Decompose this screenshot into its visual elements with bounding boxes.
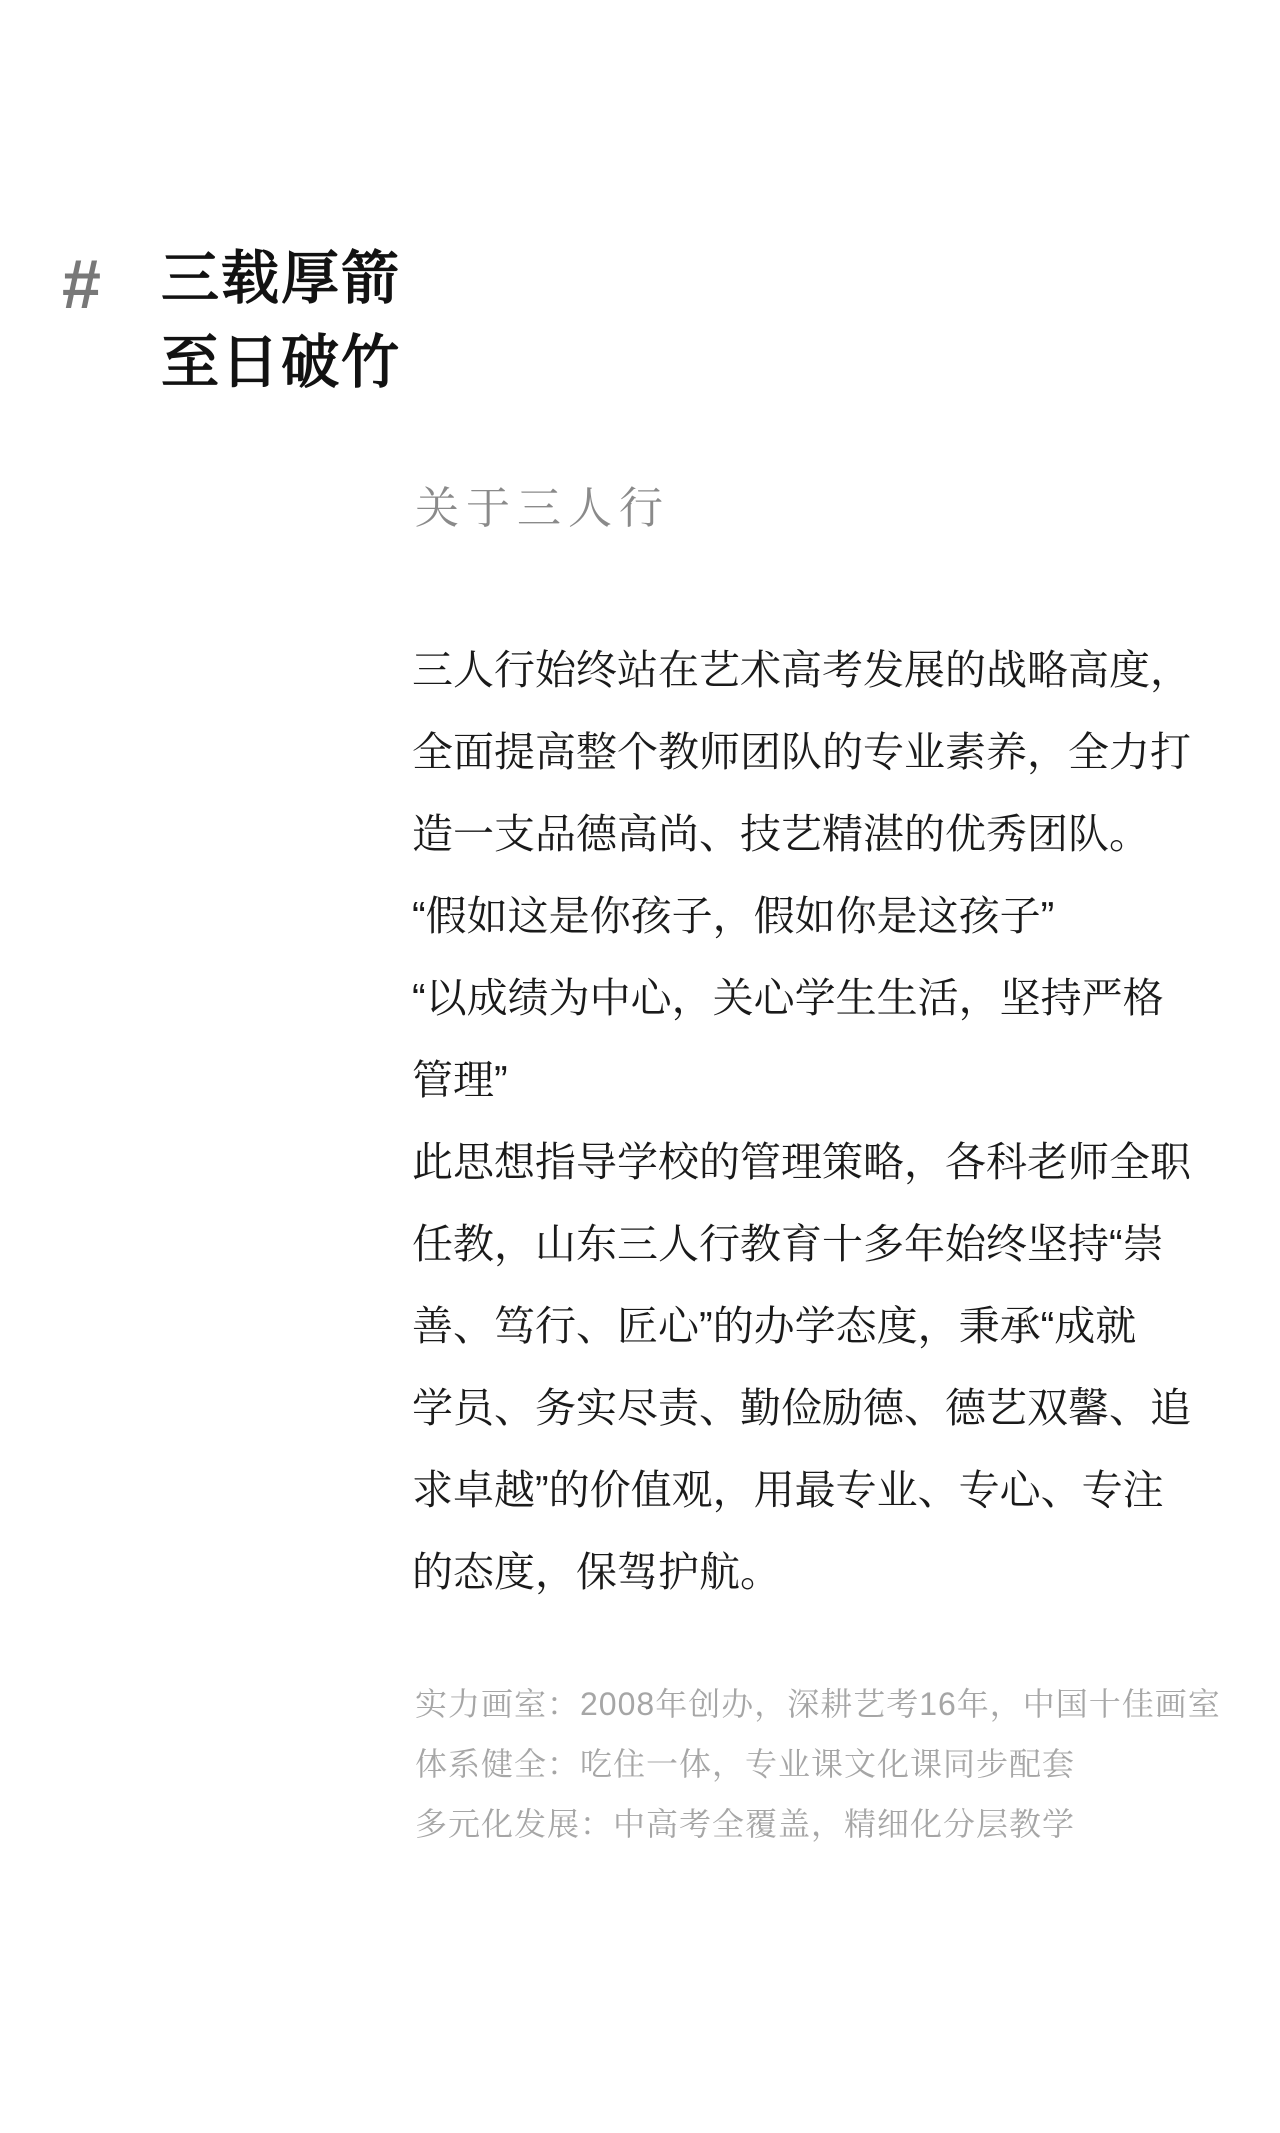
highlight-line: 实力画室：2008年创办，深耕艺考16年，中国十佳画室 [415,1674,1221,1734]
page-title-line-2: 至日破竹 [161,321,401,405]
paragraph-line: “假如这是你孩子，假如你是这孩子” [412,875,1232,957]
highlight-line: 体系健全：吃住一体，专业课文化课同步配套 [415,1734,1221,1794]
paragraph-line: 造一支品德高尚、技艺精湛的优秀团队。 [412,793,1232,875]
paragraph-line: 善、笃行、匠心”的办学态度，秉承“成就 [412,1285,1232,1367]
paragraph-line: “以成绩为中心，关心学生生活，坚持严格 [412,957,1232,1039]
highlight-list: 实力画室：2008年创办，深耕艺考16年，中国十佳画室 体系健全：吃住一体，专业… [415,1674,1221,1854]
paragraph-line: 学员、务实尽责、勤俭励德、德艺双馨、追 [412,1367,1232,1449]
about-paragraph: 三人行始终站在艺术高考发展的战略高度， 全面提高整个教师团队的专业素养，全力打 … [412,629,1232,1613]
page-title: 三载厚箭 至日破竹 [161,237,401,405]
paragraph-line: 任教，山东三人行教育十多年始终坚持“崇 [412,1203,1232,1285]
paragraph-line: 此思想指导学校的管理策略，各科老师全职 [412,1121,1232,1203]
about-page: # 三载厚箭 至日破竹 关于三人行 三人行始终站在艺术高考发展的战略高度， 全面… [0,0,1280,2133]
highlight-line: 多元化发展：中高考全覆盖，精细化分层教学 [415,1794,1221,1854]
hash-icon: # [62,244,101,324]
paragraph-line: 全面提高整个教师团队的专业素养，全力打 [412,711,1232,793]
paragraph-line: 的态度，保驾护航。 [412,1531,1232,1613]
paragraph-line: 管理” [412,1039,1232,1121]
page-title-line-1: 三载厚箭 [161,237,401,321]
paragraph-line: 三人行始终站在艺术高考发展的战略高度， [412,629,1232,711]
paragraph-line: 求卓越”的价值观，用最专业、专心、专注 [412,1449,1232,1531]
section-heading: 关于三人行 [415,484,670,534]
